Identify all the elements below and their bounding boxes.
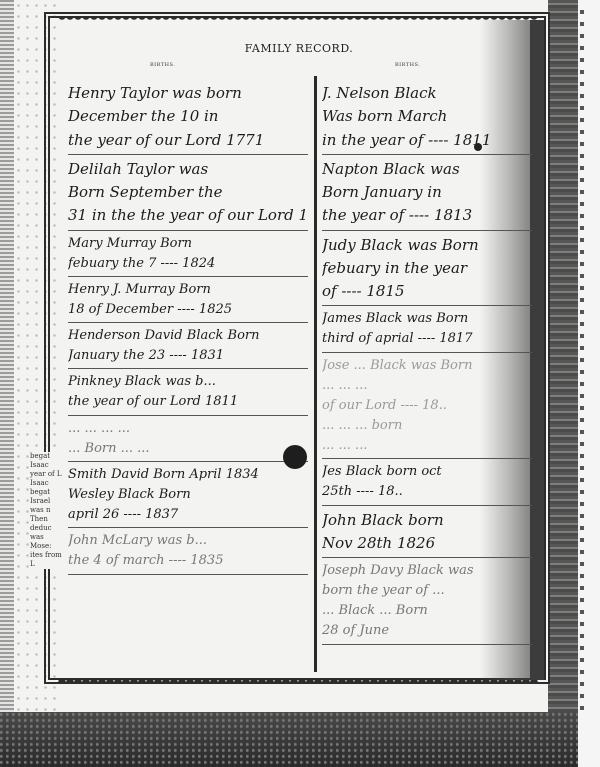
left-column-entries: Henry Taylor was born December the 10 in…: [68, 82, 308, 578]
scan-right-shadow: [548, 0, 578, 740]
birth-entry: J. Nelson Black Was born March in the ye…: [322, 82, 532, 155]
border-scallop-bottom: [58, 674, 538, 682]
birth-entry: Henry J. Murray Born 18 of December ----…: [68, 280, 308, 323]
birth-entry: John Black born Nov 28th 1826: [322, 509, 532, 559]
birth-entry: Judy Black was Born febuary in the year …: [322, 234, 532, 307]
birth-entry-faded: Jose ... Black was Born ... ... ... of o…: [322, 356, 532, 460]
birth-entry: Jes Black born oct 25th ---- 18..: [322, 462, 532, 505]
birth-entry: Henderson David Black Born January the 2…: [68, 326, 308, 369]
ink-blot: [283, 445, 307, 469]
column-label-births-left: BIRTHS.: [150, 62, 175, 68]
birth-entry-faded: ... ... ... ... ... Born ... ...: [68, 419, 308, 462]
birth-entry-faded: Joseph Davy Black was born the year of .…: [322, 561, 532, 645]
birth-entry: Henry Taylor was born December the 10 in…: [68, 82, 308, 155]
ink-dot: [474, 143, 482, 151]
column-divider: [314, 76, 317, 672]
birth-entry-faded: John McLary was b... the 4 of march ----…: [68, 531, 308, 574]
birth-entry: Smith David Born April 1834 Wesley Black…: [68, 465, 308, 528]
birth-entry: Mary Murray Born febuary the 7 ---- 1824: [68, 234, 308, 277]
page-title: FAMILY RECORD.: [60, 42, 538, 55]
scan-bottom-shadow: [0, 712, 578, 767]
birth-entry: Pinkney Black was b... the year of our L…: [68, 372, 308, 415]
scan-right-edge: [578, 0, 600, 767]
right-column-entries: J. Nelson Black Was born March in the ye…: [322, 82, 532, 648]
birth-entry: James Black was Born third of aprial ---…: [322, 309, 532, 352]
birth-entry: Delilah Taylor was Born September the 31…: [68, 158, 308, 231]
scan-left-edge: [0, 0, 14, 712]
border-scallop-top: [58, 16, 538, 24]
birth-entry: Napton Black was Born January in the yea…: [322, 158, 532, 231]
column-label-births-right: BIRTHS.: [395, 62, 420, 68]
family-record-page: FAMILY RECORD. BIRTHS. BIRTHS. Henry Tay…: [60, 30, 538, 672]
